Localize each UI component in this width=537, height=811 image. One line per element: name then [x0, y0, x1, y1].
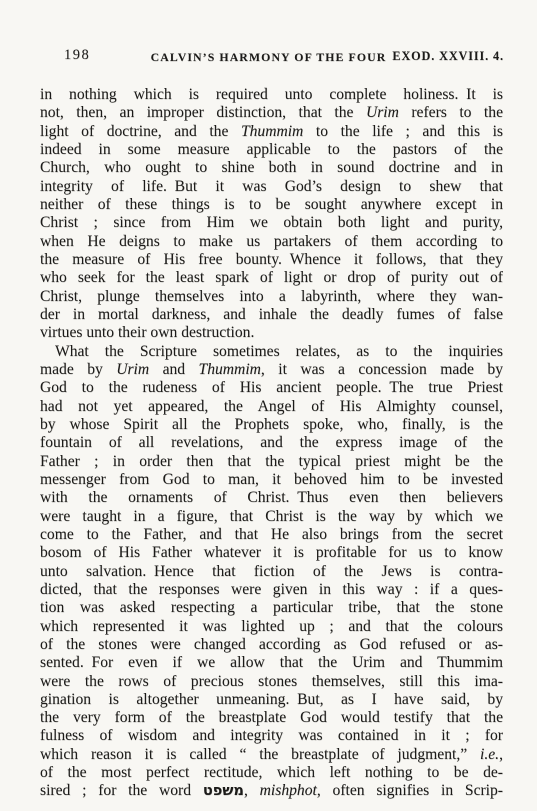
paragraph: What the Scripture sometimes relates, as…	[40, 343, 503, 801]
text-line: dicted, that the responses were given in…	[40, 581, 503, 599]
text-line: come to the Father, and that He also bri…	[40, 526, 503, 544]
text-line: Christ, plunge themselves into a labyrin…	[40, 288, 503, 306]
text-line: messenger from God to man, it behoved hi…	[40, 471, 503, 489]
text-line: were taught in a figure, that Christ is …	[40, 508, 503, 526]
text-line: of the stones were changed according as …	[40, 636, 503, 654]
text-line: when He deigns to make us partakers of t…	[40, 233, 503, 251]
text-line: Father ; in order then that the typical …	[40, 453, 503, 471]
text-line: not, then, an improper distinction, that…	[40, 104, 503, 122]
text-line: Christ ; since from Him we obtain both l…	[40, 214, 503, 232]
text-line: bosom of His Father whatever it is profi…	[40, 544, 503, 562]
text-line: gination is altogether unmeaning. But, a…	[40, 691, 503, 709]
text-line: with the ornaments of Christ. Thus even …	[40, 489, 503, 507]
hebrew-word: משפט	[203, 782, 244, 799]
text-line: fountain of all revelations, and the exp…	[40, 434, 503, 452]
text-line: who seek for the least spark of light or…	[40, 269, 503, 287]
text-line: the very form of the breastplate God wou…	[40, 709, 503, 727]
text-line: made by Urim and Thummim, it was a conce…	[40, 361, 503, 379]
text-line: God to the rudeness of His ancient peopl…	[40, 379, 503, 397]
text-line: neither of these things is to be sought …	[40, 196, 503, 214]
text-line: indeed in some measure applicable to the…	[40, 141, 503, 159]
text-block: in nothing which is required unto comple…	[40, 86, 503, 801]
text-line: had not yet appeared, the Angel of His A…	[40, 398, 503, 416]
text-line: which represented it was lighted up ; an…	[40, 618, 503, 636]
text-line: light of doctrine, and the Thummim to th…	[40, 123, 503, 141]
text-line: by whose Spirit all the Prophets spoke, …	[40, 416, 503, 434]
paragraph: in nothing which is required unto comple…	[40, 86, 503, 343]
text-line: sented. For even if we allow that the Ur…	[40, 654, 503, 672]
text-line: fulness of wisdom and integrity was cont…	[40, 727, 503, 745]
text-line: in nothing which is required unto comple…	[40, 86, 503, 104]
text-line: the measure of His free bounty. Whence i…	[40, 251, 503, 269]
text-line: integrity of life. But it was God’s desi…	[40, 178, 503, 196]
text-line: were the rows of precious stones themsel…	[40, 673, 503, 691]
book-page: 198 CALVIN’S HARMONY OF THE FOUR EXOD. X…	[0, 0, 537, 811]
text-line: sired ; for the word משפט, mishphot, oft…	[40, 782, 503, 800]
text-line: which reason it is called “ the breastpl…	[40, 746, 503, 764]
text-line: What the Scripture sometimes relates, as…	[40, 343, 503, 361]
text-line: Church, who ought to shine both in sound…	[40, 159, 503, 177]
page-header: 198 CALVIN’S HARMONY OF THE FOUR EXOD. X…	[0, 47, 537, 65]
text-line: tion was asked respecting a particular t…	[40, 599, 503, 617]
text-line: der in mortal darkness, and inhale the d…	[40, 306, 503, 324]
text-line: unto salvation. Hence that fiction of th…	[40, 563, 503, 581]
text-line: of the most perfect rectitude, which lef…	[40, 764, 503, 782]
text-line: virtues unto their own destruction.	[40, 324, 503, 342]
verse-reference: EXOD. XXVIII. 4.	[392, 49, 504, 64]
